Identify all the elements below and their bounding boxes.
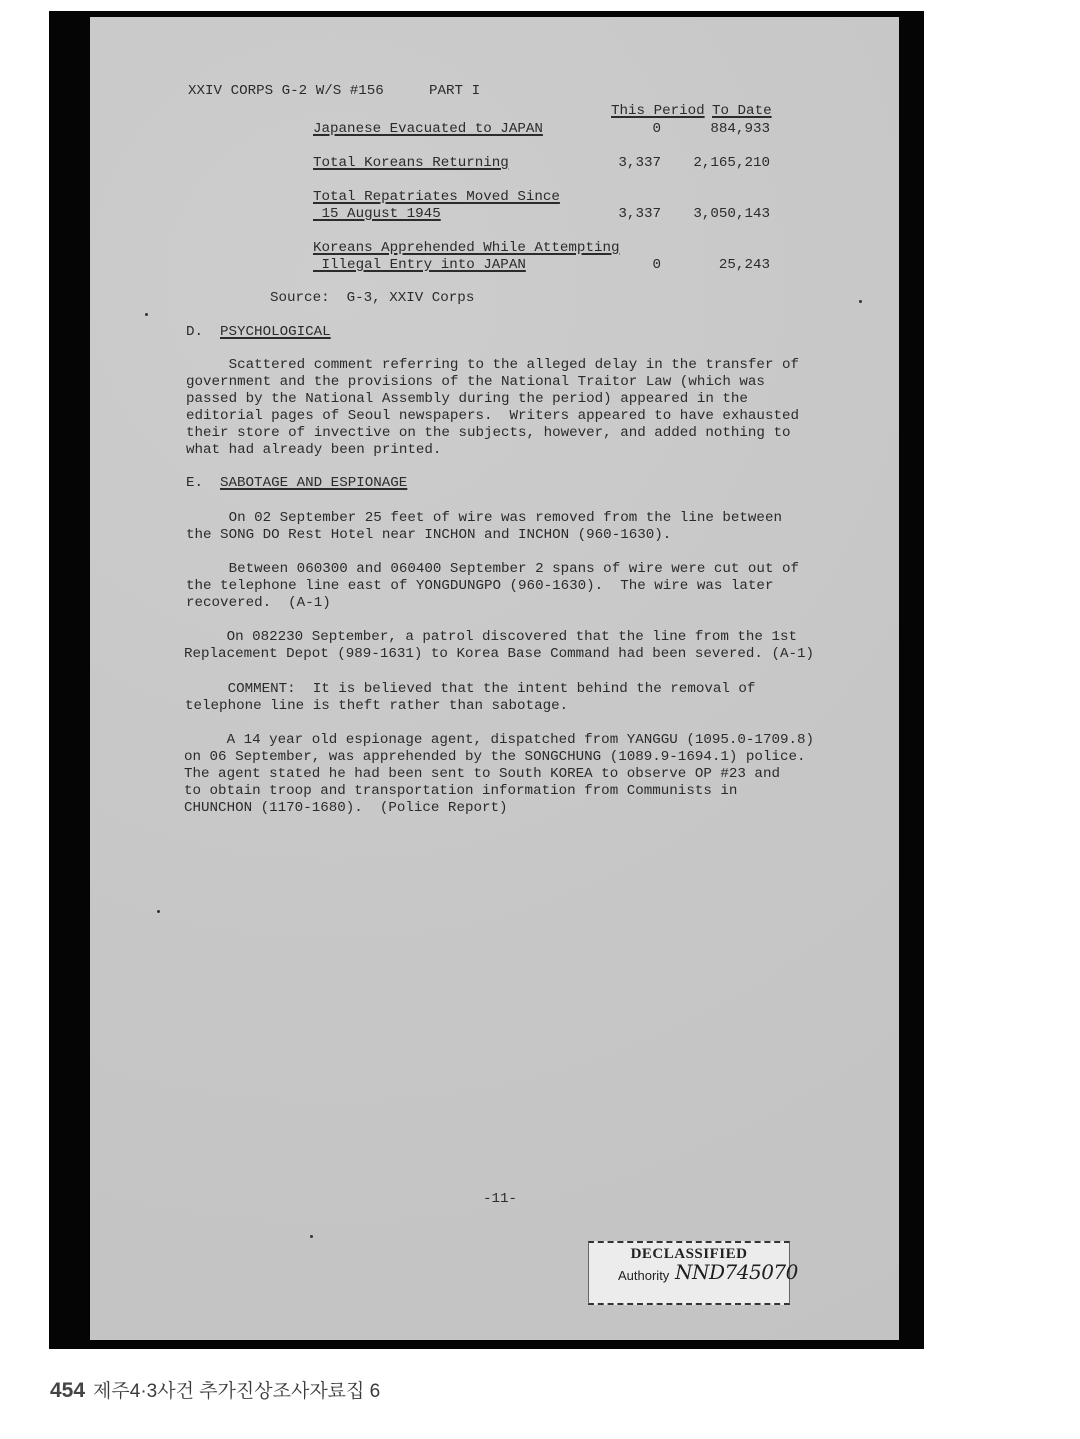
section-e-title: SABOTAGE AND ESPIONAGE [220,475,407,492]
table-row-label: Koreans Apprehended While Attempting [313,240,620,257]
book-footer: 454제주4·3사건 추가진상조사자료집 6 [50,1376,380,1403]
scan-speck [157,910,160,913]
scan-speck [310,1235,313,1238]
column-header-this-period: This Period [611,103,705,120]
document-header: XXIV CORPS G-2 W/S #156 [188,83,384,100]
document-page: XXIV CORPS G-2 W/S #156 PART I This Peri… [90,17,899,1340]
column-header-to-date: To Date [712,103,772,120]
part-label: PART I [429,83,480,100]
section-e-letter: E. [186,475,203,492]
section-e-paragraph: A 14 year old espionage agent, dispatche… [184,732,814,817]
table-cell-to-date: 884,933 [710,121,770,137]
table-row-label-cont: Illegal Entry into JAPAN [313,257,526,274]
table-cell-to-date: 2,165,210 [693,155,770,171]
scan-speck [859,300,862,303]
section-e-paragraph: On 082230 September, a patrol discovered… [184,629,814,663]
section-e-comment: COMMENT: It is believed that the intent … [185,681,755,715]
section-e-paragraph: Between 060300 and 060400 September 2 sp… [186,561,799,612]
table-row-label: Japanese Evacuated to JAPAN [313,121,543,138]
table-row-label: Total Repatriates Moved Since [313,189,560,206]
book-title: 제주4·3사건 추가진상조사자료집 6 [93,1381,380,1402]
section-d-title: PSYCHOLOGICAL [220,324,331,341]
table-cell-to-date: 3,050,143 [693,206,770,222]
table-cell-this-period: 3,337 [618,206,661,222]
section-d-letter: D. [186,324,203,341]
scan-speck [145,313,148,316]
table-row-label-cont: 15 August 1945 [313,206,441,223]
page-number: -11- [483,1191,517,1208]
stamp-authority-label: Authority [618,1268,669,1283]
stamp-authority-value: NND745070 [675,1260,798,1284]
section-e-paragraph: On 02 September 25 feet of wire was remo… [186,510,782,544]
book-page-number: 454 [50,1379,85,1402]
table-row-label: Total Koreans Returning [313,155,509,172]
declassified-stamp: DECLASSIFIED Authority NND745070 [588,1241,790,1305]
section-d-paragraph: Scattered comment referring to the alleg… [186,357,799,459]
table-cell-this-period: 3,337 [618,155,661,171]
table-cell-to-date: 25,243 [719,257,770,273]
table-cell-this-period: 0 [652,257,661,273]
table-source: Source: G-3, XXIV Corps [270,290,474,307]
table-cell-this-period: 0 [652,121,661,137]
